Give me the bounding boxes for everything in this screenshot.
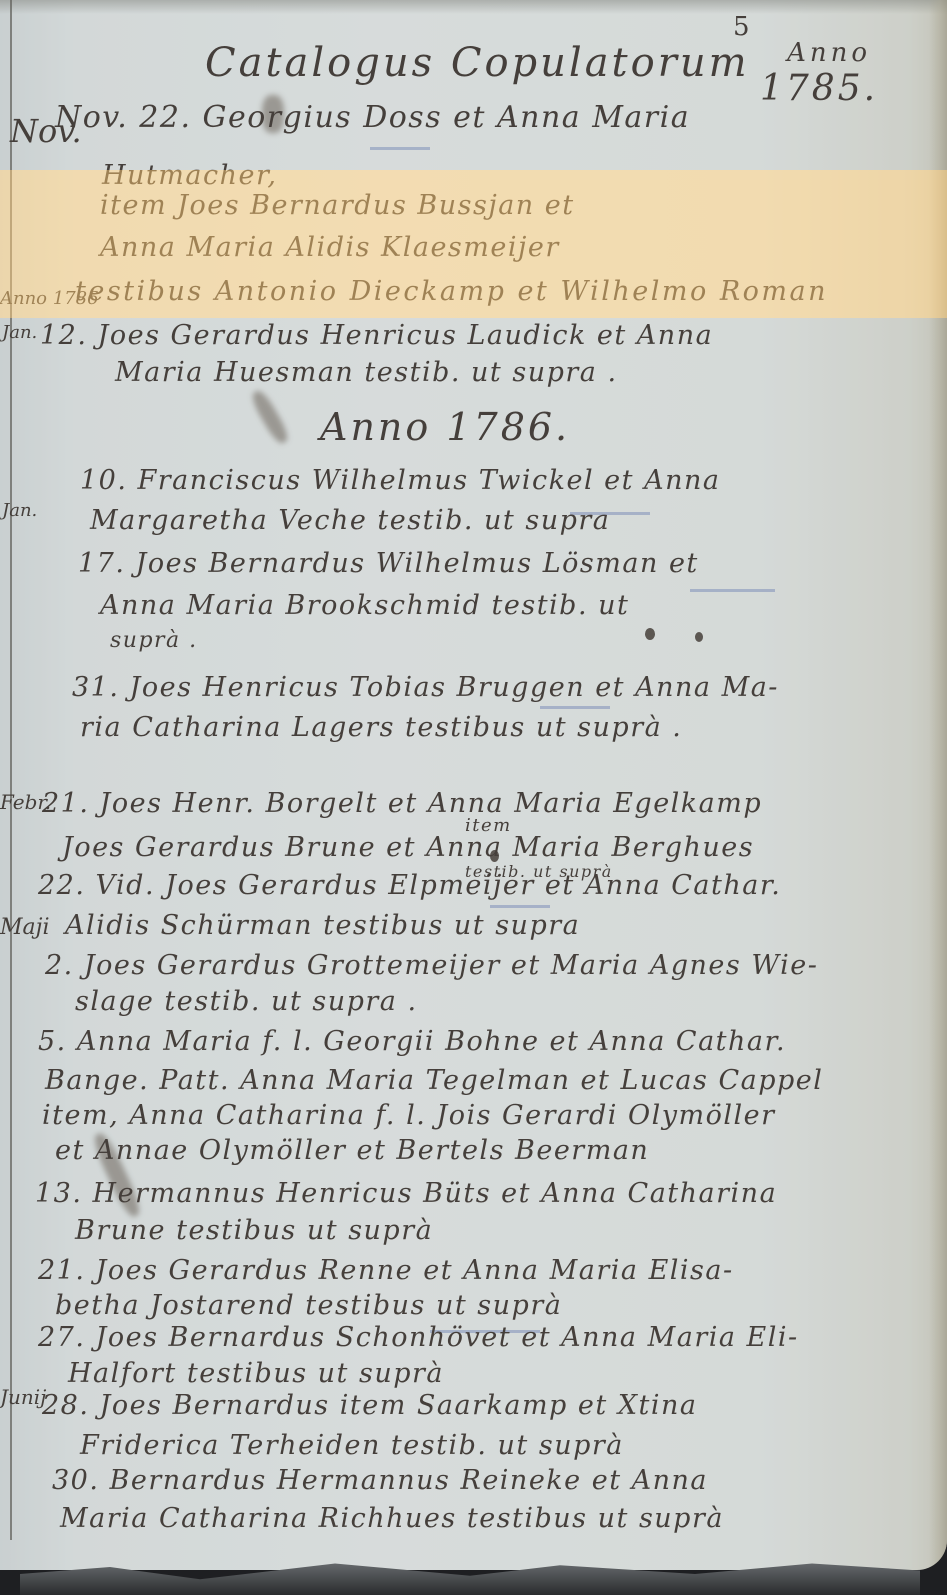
register-line: 17. Joes Bernardus Wilhelmus Lösman et — [78, 548, 699, 579]
register-line: ria Catharina Lagers testibus ut suprà . — [80, 712, 682, 743]
register-line: Halfort testibus ut suprà — [68, 1358, 444, 1389]
register-line: 10. Franciscus Wilhelmus Twickel et Anna — [80, 465, 720, 496]
register-line: 21. Joes Gerardus Renne et Anna Maria El… — [38, 1255, 734, 1286]
page-top-shadow — [0, 0, 947, 14]
blue-pencil-mark — [490, 905, 550, 908]
register-line: 30. Bernardus Hermannus Reineke et Anna — [52, 1465, 708, 1496]
highlighted-entry-band — [0, 170, 947, 318]
ink-blot — [645, 628, 655, 640]
register-line: 21. Joes Henr. Borgelt et Anna Maria Ege… — [42, 788, 762, 819]
page-number: 5 — [733, 12, 750, 42]
register-line: 2. Joes Gerardus Grottemeijer et Maria A… — [45, 950, 818, 981]
manuscript-page: 5 Catalogus Copulatorum Anno 1785. Nov. … — [0, 0, 947, 1570]
register-line: suprà . — [110, 628, 198, 653]
register-line: Joes Gerardus Brune et Anna Maria Berghu… — [62, 832, 754, 863]
register-line: Bange. Patt. Anna Maria Tegelman et Luca… — [45, 1065, 823, 1096]
register-line: item, Anna Catharina f. l. Jois Gerardi … — [42, 1100, 776, 1131]
ink-blot — [695, 632, 703, 642]
blue-pencil-mark — [370, 147, 430, 150]
register-line: Maria Catharina Richhues testibus ut sup… — [60, 1503, 724, 1534]
ink-stain — [249, 388, 292, 446]
register-line: slage testib. ut supra . — [75, 986, 418, 1017]
margin-note-month: Jan. — [2, 500, 37, 521]
section-year-heading: Anno 1786. — [320, 405, 570, 449]
margin-note-month: Jan. — [2, 322, 37, 343]
register-line: Nov. 22. Georgius Doss et Anna Maria — [55, 100, 690, 135]
register-line: et Annae Olymöller et Bertels Beerman — [55, 1135, 649, 1166]
margin-note-month: Maji — [0, 915, 50, 940]
register-line: Alidis Schürman testibus ut supra — [65, 910, 580, 941]
register-line: betha Jostarend testibus ut suprà — [55, 1290, 562, 1321]
register-line: Anna Maria Brookschmid testib. ut — [100, 590, 629, 621]
page-title: Catalogus Copulatorum — [205, 40, 750, 86]
register-line: 22. Vid. Joes Gerardus Elpmeijer et Anna… — [38, 870, 781, 901]
register-line: 28. Joes Bernardus item Saarkamp et Xtin… — [42, 1390, 698, 1421]
register-line: Maria Huesman testib. ut supra . — [115, 357, 618, 388]
year-header-value: 1785. — [760, 68, 878, 109]
blue-pencil-mark — [690, 589, 775, 592]
margin-note-month: Junij — [0, 1385, 46, 1409]
year-header-label: Anno — [780, 38, 878, 68]
register-line: 13. Hermannus Henricus Büts et Anna Cath… — [35, 1178, 777, 1209]
register-line: 5. Anna Maria f. l. Georgii Bohne et Ann… — [38, 1026, 786, 1057]
register-line: Friderica Terheiden testib. ut suprà — [80, 1430, 624, 1461]
year-header: Anno 1785. — [760, 38, 878, 109]
blue-pencil-mark — [540, 706, 610, 709]
register-line: Margaretha Veche testib. ut supra — [90, 505, 610, 536]
register-line: 12. Joes Gerardus Henricus Laudick et An… — [40, 320, 713, 351]
register-line: 31. Joes Henricus Tobias Bruggen et Anna… — [72, 672, 779, 703]
register-line: 27. Joes Bernardus Schonhövet et Anna Ma… — [38, 1322, 799, 1353]
register-line: testib. ut suprà — [465, 862, 613, 881]
register-line: Brune testibus ut suprà — [75, 1215, 433, 1246]
